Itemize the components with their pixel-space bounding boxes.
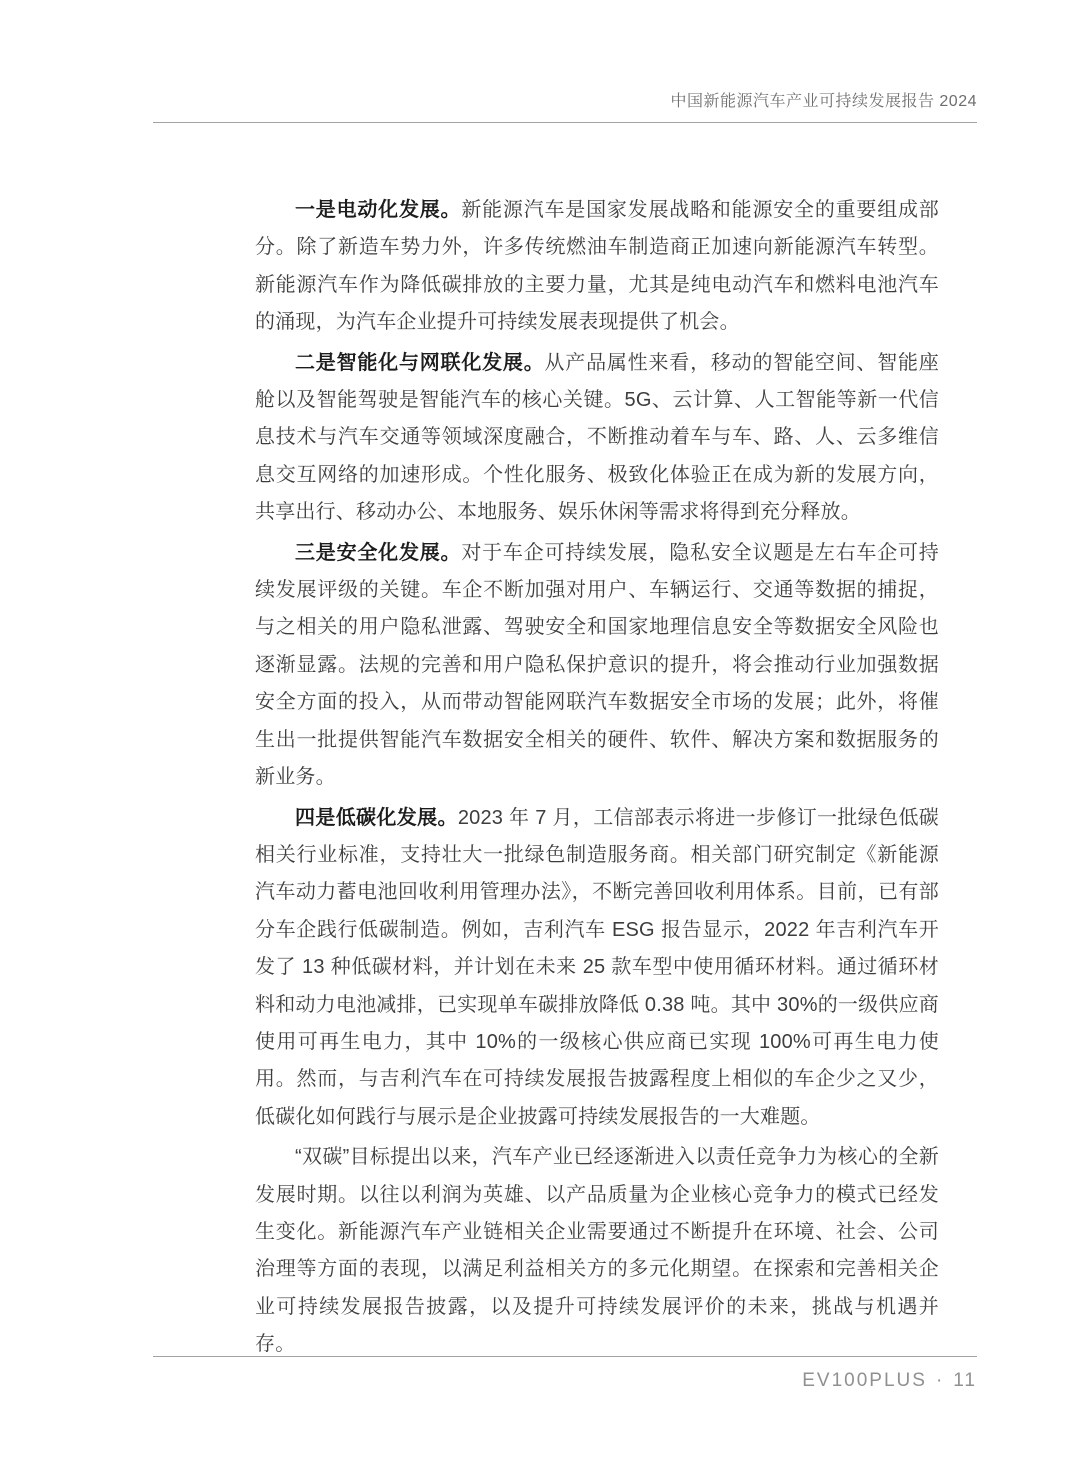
page-body: 一是电动化发展。新能源汽车是国家发展战略和能源安全的重要组成部分。除了新造车势力… [255,192,939,1367]
paragraph-3-text: 对于车企可持续发展，隐私安全议题是左右车企可持续发展评级的关键。车企不断加强对用… [255,542,939,788]
header-divider [153,122,977,123]
paragraph-1-electrification: 一是电动化发展。新能源汽车是国家发展战略和能源安全的重要组成部分。除了新造车势力… [255,192,939,342]
report-header-title: 中国新能源汽车产业可持续发展报告 2024 [670,88,977,111]
footer-divider [153,1356,977,1357]
footer-brand: EV100PLUS [802,1370,927,1391]
paragraph-3-safety: 三是安全化发展。对于车企可持续发展，隐私安全议题是左右车企可持续发展评级的关键。… [255,535,939,797]
paragraph-2-lead: 二是智能化与网联化发展。 [295,352,545,374]
paragraph-2-text: 从产品属性来看，移动的智能空间、智能座舱以及智能驾驶是智能汽车的核心关键。5G、… [255,352,939,524]
paragraph-2-intelligence-connectivity: 二是智能化与网联化发展。从产品属性来看，移动的智能空间、智能座舱以及智能驾驶是智… [255,345,939,532]
page-footer: EV100PLUS·11 [802,1370,977,1392]
footer-page-number: 11 [953,1370,977,1391]
document-page: 中国新能源汽车产业可持续发展报告 2024 一是电动化发展。新能源汽车是国家发展… [0,0,1080,1466]
paragraph-5-text: “双碳”目标提出以来，汽车产业已经逐渐进入以责任竞争力为核心的全新发展时期。以往… [255,1146,939,1355]
paragraph-3-lead: 三是安全化发展。 [295,542,461,564]
footer-separator-dot: · [936,1370,944,1391]
paragraph-1-lead: 一是电动化发展。 [295,199,461,221]
paragraph-4-text: 2023 年 7 月，工信部表示将进一步修订一批绿色低碳相关行业标准，支持壮大一… [255,807,939,1128]
paragraph-5-dual-carbon: “双碳”目标提出以来，汽车产业已经逐渐进入以责任竞争力为核心的全新发展时期。以往… [255,1139,939,1363]
paragraph-4-lead: 四是低碳化发展。 [295,807,458,829]
paragraph-4-low-carbon: 四是低碳化发展。2023 年 7 月，工信部表示将进一步修订一批绿色低碳相关行业… [255,800,939,1137]
